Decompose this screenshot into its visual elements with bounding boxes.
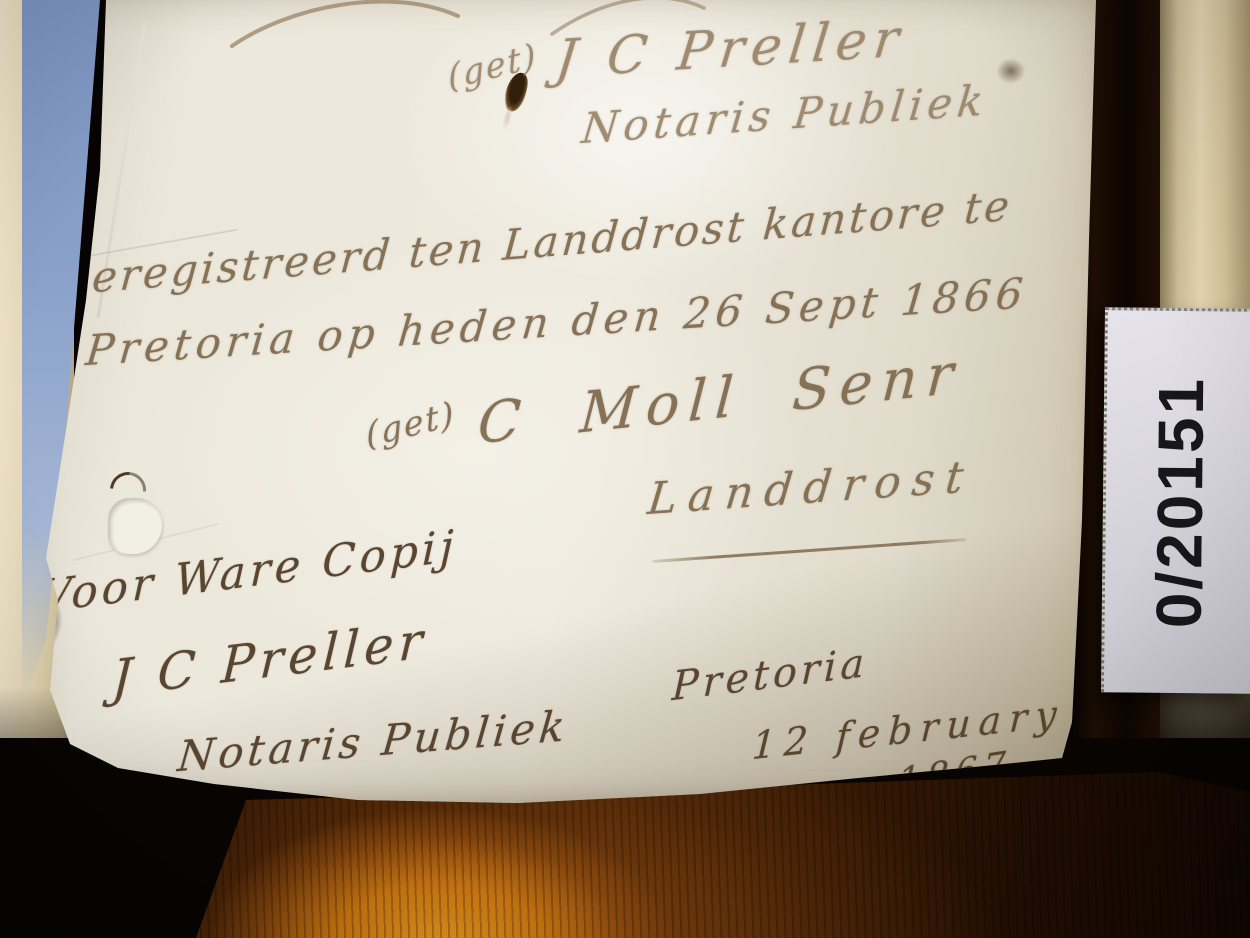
tear-curl <box>103 465 154 516</box>
signature-preller-bottom: J C Preller <box>110 611 428 709</box>
paper-tear <box>108 498 162 554</box>
title-notaris-top: Notaris Publiek <box>579 75 990 153</box>
signed-abbreviation-mid: (get) <box>364 394 458 456</box>
archive-reference-number: 0/20151 <box>1141 375 1218 628</box>
document-page: (get) J C Preller Notaris Publiek Geregi… <box>0 0 1120 820</box>
title-notaris-bottom: Notaris Publiek <box>176 701 571 781</box>
archive-label: 0/20151 <box>1101 307 1250 694</box>
photo-of-document: (get) J C Preller Notaris Publiek Geregi… <box>0 0 1250 938</box>
date-day-month: 12 february <box>751 691 1066 768</box>
certification-line: Voor Ware Copij <box>39 520 458 623</box>
signature-moll: C Moll Senr <box>476 341 965 458</box>
landdrost-underline <box>652 538 966 563</box>
paper-stain <box>996 58 1026 84</box>
title-landdrost: Landdrost <box>645 451 977 525</box>
place-pretoria: Pretoria <box>671 640 869 711</box>
